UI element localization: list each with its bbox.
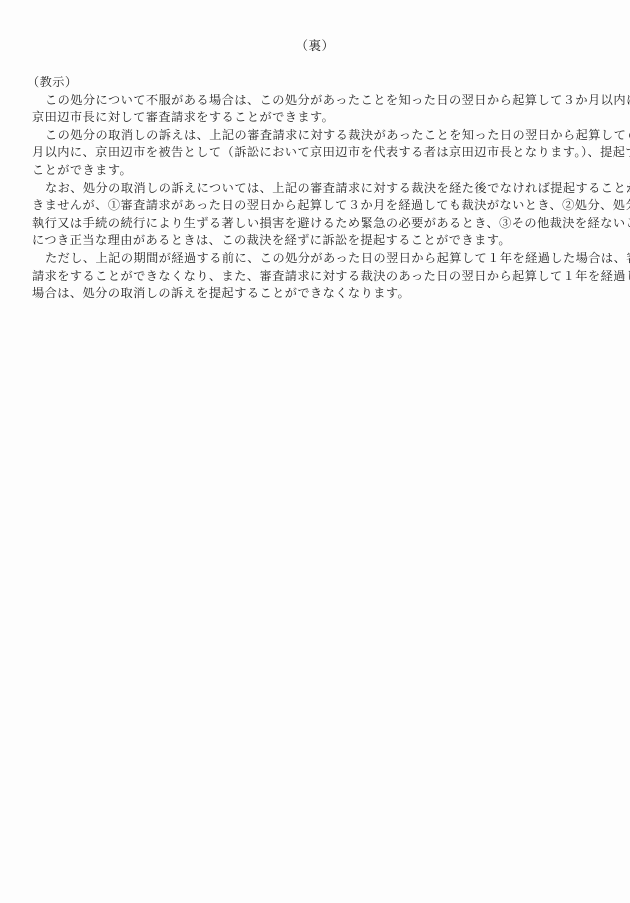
instruction-body: （教示） この処分について不服がある場合は、この処分があったことを知った日の翌日…: [32, 74, 604, 303]
paragraph-line: きませんが、①審査請求があった日の翌日から起算して３か月を経過しても裁決がないと…: [32, 197, 604, 215]
paragraph-line: この処分について不服がある場合は、この処分があったことを知った日の翌日から起算し…: [32, 92, 604, 110]
page-side-label: （裏）: [0, 37, 630, 54]
paragraph-line: この処分の取消しの訴えは、上記の審査請求に対する裁決があったことを知った日の翌日…: [32, 127, 604, 145]
paragraph-revocation-suit: この処分の取消しの訴えは、上記の審査請求に対する裁決があったことを知った日の翌日…: [32, 127, 604, 180]
paragraph-line: 請求をすることができなくなり、また、審査請求に対する裁決のあった日の翌日から起算…: [32, 268, 604, 286]
paragraph-line: 月以内に、京田辺市を被告として（訴訟において京田辺市を代表する者は京田辺市長とな…: [32, 144, 604, 162]
paragraph-line: につき正当な理由があるときは、この裁決を経ずに訴訟を提起することができます。: [32, 232, 604, 250]
document-page: （裏） （教示） この処分について不服がある場合は、この処分があったことを知った…: [0, 0, 630, 903]
paragraph-line: 執行又は手続の続行により生ずる著しい損害を避けるため緊急の必要があるとき、③その…: [32, 215, 604, 233]
paragraph-line: 場合は、処分の取消しの訴えを提起することができなくなります。: [32, 285, 604, 303]
paragraph-line: ことができます。: [32, 162, 604, 180]
paragraph-exceptions: なお、処分の取消しの訴えについては、上記の審査請求に対する裁決を経た後でなければ…: [32, 180, 604, 250]
paragraph-line: ただし、上記の期間が経過する前に、この処分があった日の翌日から起算して１年を経過…: [32, 250, 604, 268]
paragraph-time-limit: ただし、上記の期間が経過する前に、この処分があった日の翌日から起算して１年を経過…: [32, 250, 604, 303]
paragraph-line: 京田辺市長に対して審査請求をすることができます。: [32, 109, 604, 127]
paragraph-appeal-request: この処分について不服がある場合は、この処分があったことを知った日の翌日から起算し…: [32, 92, 604, 127]
section-heading: （教示）: [27, 74, 604, 92]
paragraph-line: なお、処分の取消しの訴えについては、上記の審査請求に対する裁決を経た後でなければ…: [32, 180, 604, 198]
